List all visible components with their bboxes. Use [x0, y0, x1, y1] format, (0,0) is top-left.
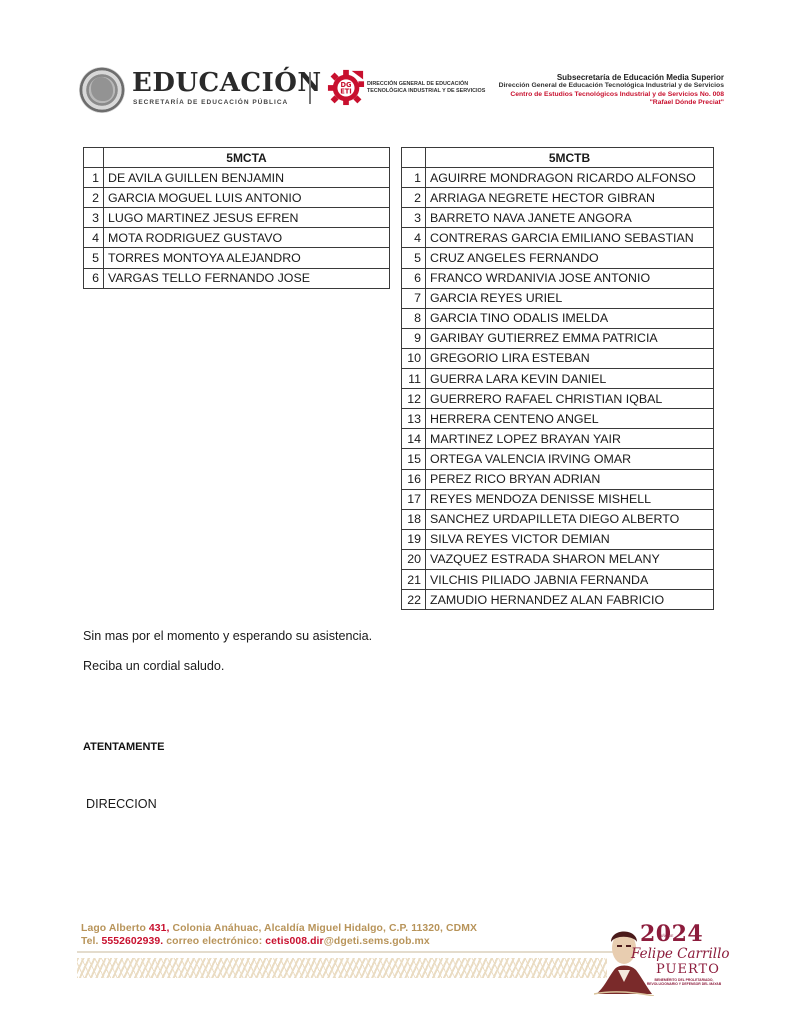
dgeti-line-1: DIRECCIÓN GENERAL DE EDUCACIÓN: [367, 81, 485, 88]
table-row: 13HERRERA CENTENO ANGEL: [402, 409, 714, 429]
address-street: Lago Alberto: [81, 923, 149, 934]
dgeti-logo-text: DIRECCIÓN GENERAL DE EDUCACIÓN TECNOLÓGI…: [367, 81, 485, 95]
student-name: GARCIA REYES URIEL: [426, 288, 714, 308]
row-number: 17: [402, 489, 426, 509]
honoree-last-name: PUERTO: [656, 962, 720, 977]
national-seal-icon: [79, 67, 125, 113]
row-number: 8: [402, 308, 426, 328]
table-row: 10GREGORIO LIRA ESTEBAN: [402, 348, 714, 368]
direccion-general-line: Dirección General de Educación Tecnológi…: [499, 82, 724, 90]
decorative-pattern-band: [77, 958, 607, 978]
row-number: 14: [402, 429, 426, 449]
student-name: ARRIAGA NEGRETE HECTOR GIBRAN: [426, 188, 714, 208]
table-row: 2ARRIAGA NEGRETE HECTOR GIBRAN: [402, 188, 714, 208]
table-row: 20VAZQUEZ ESTRADA SHARON MELANY: [402, 549, 714, 569]
tel-number: 5552602939.: [102, 936, 164, 947]
row-number: 4: [84, 228, 104, 248]
table-row: 12GUERRERO RAFAEL CHRISTIAN IQBAL: [402, 389, 714, 409]
dgeti-line-2: TECNOLÓGICA INDUSTRIAL Y DE SERVICIOS: [367, 88, 485, 95]
roster-table-5mcta: 5MCTA 1DE AVILA GUILLEN BENJAMIN2GARCIA …: [83, 147, 390, 289]
table-row: 22ZAMUDIO HERNANDEZ ALAN FABRICIO: [402, 590, 714, 610]
row-number: 5: [84, 248, 104, 268]
table-row: 4MOTA RODRIGUEZ GUSTAVO: [84, 228, 390, 248]
row-number: 18: [402, 509, 426, 529]
table-row: 3BARRETO NAVA JANETE ANGORA: [402, 208, 714, 228]
footer-address: Lago Alberto 431, Colonia Anáhuac, Alcal…: [81, 922, 477, 948]
student-name: BARRETO NAVA JANETE ANGORA: [426, 208, 714, 228]
student-name: DE AVILA GUILLEN BENJAMIN: [104, 168, 390, 188]
student-name: MOTA RODRIGUEZ GUSTAVO: [104, 228, 390, 248]
number-column-header: [84, 148, 104, 168]
table-row: 16PEREZ RICO BRYAN ADRIAN: [402, 469, 714, 489]
signature-label: ATENTAMENTE: [83, 741, 164, 753]
table-row: 8GARCIA TINO ODALIS IMELDA: [402, 308, 714, 328]
row-number: 16: [402, 469, 426, 489]
row-number: 13: [402, 409, 426, 429]
student-name: SANCHEZ URDAPILLETA DIEGO ALBERTO: [426, 509, 714, 529]
student-name: ZAMUDIO HERNANDEZ ALAN FABRICIO: [426, 590, 714, 610]
student-name: CONTRERAS GARCIA EMILIANO SEBASTIAN: [426, 228, 714, 248]
row-number: 1: [402, 168, 426, 188]
row-number: 11: [402, 369, 426, 389]
institution-heading: Subsecretaría de Educación Media Superio…: [499, 74, 724, 108]
honoree-tagline: BENEMÉRITO DEL PROLETARIADO, REVOLUCIONA…: [644, 978, 724, 986]
contact-line: Tel. 5552602939. correo electrónico: cet…: [81, 935, 477, 948]
table-header-row: 5MCTB: [402, 148, 714, 168]
student-name: GREGORIO LIRA ESTEBAN: [426, 348, 714, 368]
address-number: 431,: [149, 923, 170, 934]
student-name: VARGAS TELLO FERNANDO JOSE: [104, 268, 390, 288]
table-row: 6VARGAS TELLO FERNANDO JOSE: [84, 268, 390, 288]
table-row: 4CONTRERAS GARCIA EMILIANO SEBASTIAN: [402, 228, 714, 248]
header-divider: [309, 72, 311, 104]
sep-logo-title: EDUCACIÓN: [132, 68, 322, 98]
row-number: 20: [402, 549, 426, 569]
student-name: GARIBAY GUTIERREZ EMMA PATRICIA: [426, 328, 714, 348]
row-number: 12: [402, 389, 426, 409]
row-number: 2: [84, 188, 104, 208]
dgeti-gear-logo-icon: DG ETI: [327, 68, 365, 106]
table-row: 5CRUZ ANGELES FERNANDO: [402, 248, 714, 268]
row-number: 3: [402, 208, 426, 228]
student-name: GUERRA LARA KEVIN DANIEL: [426, 369, 714, 389]
table-row: 7GARCIA REYES URIEL: [402, 288, 714, 308]
student-name: CRUZ ANGELES FERNANDO: [426, 248, 714, 268]
row-number: 21: [402, 569, 426, 589]
year-label: AÑO DE: [660, 934, 673, 938]
subsecretaria-line: Subsecretaría de Educación Media Superio…: [499, 74, 724, 82]
table-row: 5TORRES MONTOYA ALEJANDRO: [84, 248, 390, 268]
row-number: 19: [402, 529, 426, 549]
table-row: 11GUERRA LARA KEVIN DANIEL: [402, 369, 714, 389]
student-name: GARCIA MOGUEL LUIS ANTONIO: [104, 188, 390, 208]
row-number: 4: [402, 228, 426, 248]
svg-text:ETI: ETI: [340, 88, 352, 96]
student-name: GUERRERO RAFAEL CHRISTIAN IQBAL: [426, 389, 714, 409]
table-row: 6FRANCO WRDANIVIA JOSE ANTONIO: [402, 268, 714, 288]
email-label: correo electrónico:: [163, 936, 265, 947]
address-line: Lago Alberto 431, Colonia Anáhuac, Alcal…: [81, 922, 477, 935]
row-number: 15: [402, 449, 426, 469]
row-number: 22: [402, 590, 426, 610]
closing-line-2: Reciba un cordial saludo.: [83, 659, 224, 673]
letterhead: EDUCACIÓN SECRETARÍA DE EDUCACIÓN PÚBLIC…: [0, 0, 791, 130]
student-name: AGUIRRE MONDRAGON RICARDO ALFONSO: [426, 168, 714, 188]
school-name-line: Centro de Estudios Tecnológicos Industri…: [499, 91, 724, 99]
number-column-header: [402, 148, 426, 168]
table-header-row: 5MCTA: [84, 148, 390, 168]
student-name: FRANCO WRDANIVIA JOSE ANTONIO: [426, 268, 714, 288]
student-name: VILCHIS PILIADO JABNIA FERNANDA: [426, 569, 714, 589]
student-name: SILVA REYES VICTOR DEMIAN: [426, 529, 714, 549]
table-row: 2GARCIA MOGUEL LUIS ANTONIO: [84, 188, 390, 208]
tel-label: Tel.: [81, 936, 102, 947]
table-row: 9GARIBAY GUTIERREZ EMMA PATRICIA: [402, 328, 714, 348]
table-row: 17REYES MENDOZA DENISSE MISHELL: [402, 489, 714, 509]
closing-line-1: Sin mas por el momento y esperando su as…: [83, 629, 372, 643]
table-row: 19SILVA REYES VICTOR DEMIAN: [402, 529, 714, 549]
student-name: REYES MENDOZA DENISSE MISHELL: [426, 489, 714, 509]
honoree-first-name: Felipe Carrillo: [631, 946, 730, 962]
email-domain: @dgeti.sems.gob.mx: [324, 936, 430, 947]
email-user: cetis008.dir: [265, 936, 323, 947]
row-number: 5: [402, 248, 426, 268]
row-number: 7: [402, 288, 426, 308]
student-name: GARCIA TINO ODALIS IMELDA: [426, 308, 714, 328]
roster-table-5mctb: 5MCTB 1AGUIRRE MONDRAGON RICARDO ALFONSO…: [401, 147, 714, 610]
table-row: 3LUGO MARTINEZ JESUS EFREN: [84, 208, 390, 228]
student-name: ORTEGA VALENCIA IRVING OMAR: [426, 449, 714, 469]
student-name: LUGO MARTINEZ JESUS EFREN: [104, 208, 390, 228]
table-row: 21VILCHIS PILIADO JABNIA FERNANDA: [402, 569, 714, 589]
student-name: MARTINEZ LOPEZ BRAYAN YAIR: [426, 429, 714, 449]
table-row: 18SANCHEZ URDAPILLETA DIEGO ALBERTO: [402, 509, 714, 529]
student-name: VAZQUEZ ESTRADA SHARON MELANY: [426, 549, 714, 569]
row-number: 6: [402, 268, 426, 288]
row-number: 10: [402, 348, 426, 368]
signature-name: DIRECCION: [86, 797, 157, 811]
row-number: 1: [84, 168, 104, 188]
footer-divider: [77, 951, 617, 953]
row-number: 2: [402, 188, 426, 208]
row-number: 6: [84, 268, 104, 288]
group-title: 5MCTA: [104, 148, 390, 168]
group-title: 5MCTB: [426, 148, 714, 168]
student-name: HERRERA CENTENO ANGEL: [426, 409, 714, 429]
table-row: 1DE AVILA GUILLEN BENJAMIN: [84, 168, 390, 188]
sep-logo-subtitle: SECRETARÍA DE EDUCACIÓN PÚBLICA: [133, 99, 288, 106]
row-number: 3: [84, 208, 104, 228]
address-rest: Colonia Anáhuac, Alcaldía Miguel Hidalgo…: [170, 923, 478, 934]
table-row: 15ORTEGA VALENCIA IRVING OMAR: [402, 449, 714, 469]
table-row: 14MARTINEZ LOPEZ BRAYAN YAIR: [402, 429, 714, 449]
row-number: 9: [402, 328, 426, 348]
student-name: PEREZ RICO BRYAN ADRIAN: [426, 469, 714, 489]
student-name: TORRES MONTOYA ALEJANDRO: [104, 248, 390, 268]
school-honoree-line: "Rafael Dónde Preciat": [499, 99, 724, 107]
table-row: 1AGUIRRE MONDRAGON RICARDO ALFONSO: [402, 168, 714, 188]
